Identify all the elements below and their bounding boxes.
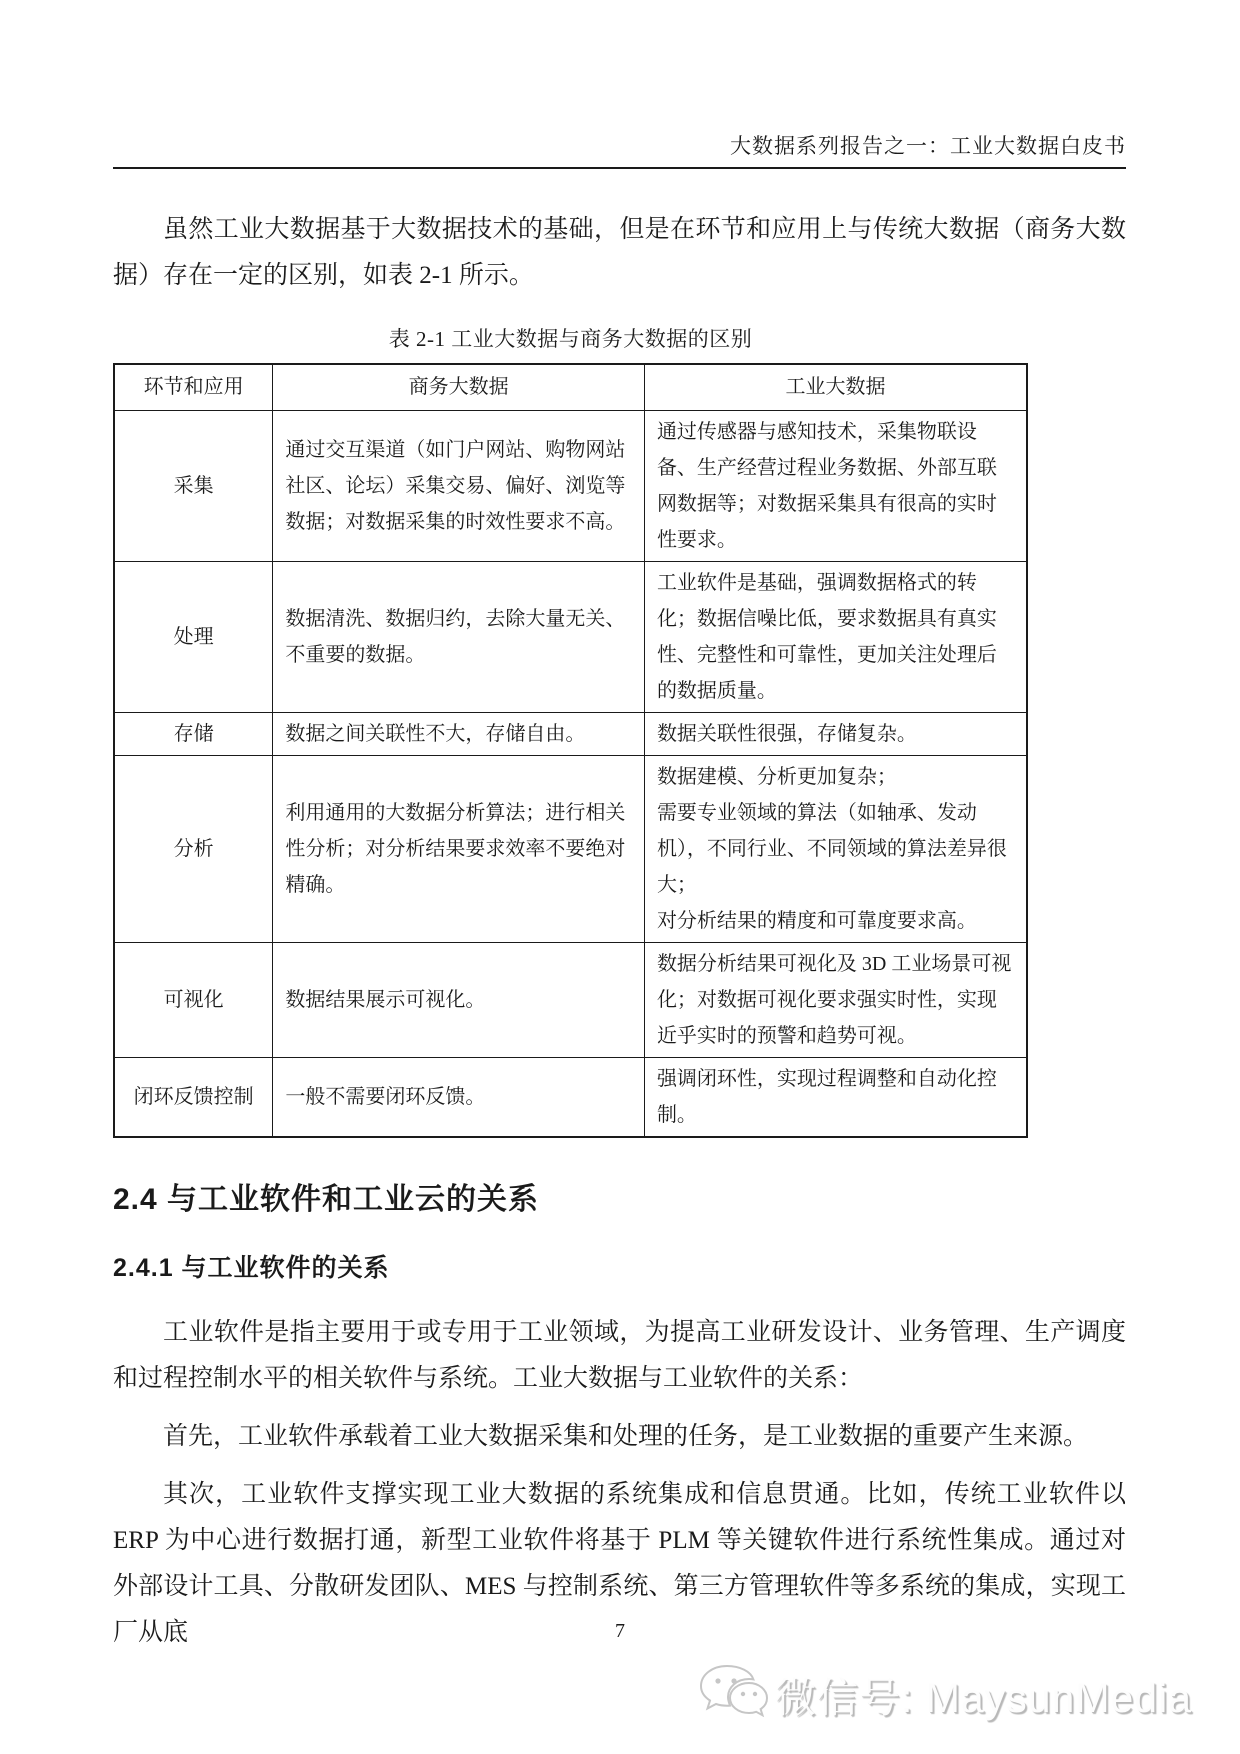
stage-cell: 分析 <box>114 755 273 942</box>
section-heading-2-4-1: 2.4.1 与工业软件的关系 <box>113 1248 1126 1284</box>
industrial-cell: 工业软件是基础，强调数据格式的转化；数据信噪比低，要求数据具有真实性、完整性和可… <box>644 561 1027 712</box>
industrial-cell: 通过传感器与感知技术，采集物联设备、生产经营过程业务数据、外部互联网数据等；对数… <box>644 410 1027 561</box>
industrial-cell: 数据分析结果可视化及 3D 工业场景可视化；对数据可视化要求强实时性，实现近乎实… <box>644 942 1027 1057</box>
body-paragraph: 首先，工业软件承载着工业大数据采集和处理的任务，是工业数据的重要产生来源。 <box>113 1414 1126 1460</box>
stage-cell: 采集 <box>114 410 273 561</box>
stage-cell: 闭环反馈控制 <box>114 1057 273 1137</box>
table-header-row: 环节和应用 商务大数据 工业大数据 <box>114 364 1027 410</box>
industrial-cell: 强调闭环性，实现过程调整和自动化控制。 <box>644 1057 1027 1137</box>
page-number: 7 <box>0 1620 1240 1643</box>
stage-cell: 处理 <box>114 561 273 712</box>
stage-cell: 存储 <box>114 712 273 755</box>
table-row: 分析 利用通用的大数据分析算法；进行相关性分析；对分析结果要求效率不要绝对精确。… <box>114 755 1027 942</box>
table-row: 可视化 数据结果展示可视化。 数据分析结果可视化及 3D 工业场景可视化；对数据… <box>114 942 1027 1057</box>
table-row: 采集 通过交互渠道（如门户网站、购物网站社区、论坛）采集交易、偏好、浏览等数据；… <box>114 410 1027 561</box>
business-cell: 数据清洗、数据归约，去除大量无关、不重要的数据。 <box>273 561 645 712</box>
comparison-table: 环节和应用 商务大数据 工业大数据 采集 通过交互渠道（如门户网站、购物网站社区… <box>113 363 1028 1138</box>
wechat-watermark: 微信号: MaysunMedia <box>697 1662 1192 1726</box>
body-paragraph: 工业软件是指主要用于或专用于工业领域，为提高工业研发设计、业务管理、生产调度和过… <box>113 1310 1126 1402</box>
table-caption: 表 2-1 工业大数据与商务大数据的区别 <box>113 323 1028 353</box>
column-header-industrial: 工业大数据 <box>644 364 1027 410</box>
industrial-cell: 数据建模、分析更加复杂； 需要专业领域的算法（如轴承、发动机），不同行业、不同领… <box>644 755 1027 942</box>
wechat-logo-icon <box>697 1662 769 1726</box>
business-cell: 一般不需要闭环反馈。 <box>273 1057 645 1137</box>
header-rule <box>113 167 1126 169</box>
table-row: 存储 数据之间关联性不大，存储自由。 数据关联性很强，存储复杂。 <box>114 712 1027 755</box>
page-content: 大数据系列报告之一：工业大数据白皮书 虽然工业大数据基于大数据技术的基础，但是在… <box>113 0 1126 1656</box>
stage-cell: 可视化 <box>114 942 273 1057</box>
running-header: 大数据系列报告之一：工业大数据白皮书 <box>113 0 1126 158</box>
table-row: 闭环反馈控制 一般不需要闭环反馈。 强调闭环性，实现过程调整和自动化控制。 <box>114 1057 1027 1137</box>
column-header-stage: 环节和应用 <box>114 364 273 410</box>
intro-paragraph: 虽然工业大数据基于大数据技术的基础，但是在环节和应用上与传统大数据（商务大数据）… <box>113 207 1126 299</box>
column-header-business: 商务大数据 <box>273 364 645 410</box>
table-row: 处理 数据清洗、数据归约，去除大量无关、不重要的数据。 工业软件是基础，强调数据… <box>114 561 1027 712</box>
business-cell: 通过交互渠道（如门户网站、购物网站社区、论坛）采集交易、偏好、浏览等数据；对数据… <box>273 410 645 561</box>
business-cell: 数据之间关联性不大，存储自由。 <box>273 712 645 755</box>
section-heading-2-4: 2.4 与工业软件和工业云的关系 <box>113 1174 1126 1218</box>
industrial-cell: 数据关联性很强，存储复杂。 <box>644 712 1027 755</box>
business-cell: 数据结果展示可视化。 <box>273 942 645 1057</box>
watermark-text: 微信号: MaysunMedia <box>775 1665 1192 1724</box>
document-page: 大数据系列报告之一：工业大数据白皮书 虽然工业大数据基于大数据技术的基础，但是在… <box>0 0 1240 1754</box>
business-cell: 利用通用的大数据分析算法；进行相关性分析；对分析结果要求效率不要绝对精确。 <box>273 755 645 942</box>
